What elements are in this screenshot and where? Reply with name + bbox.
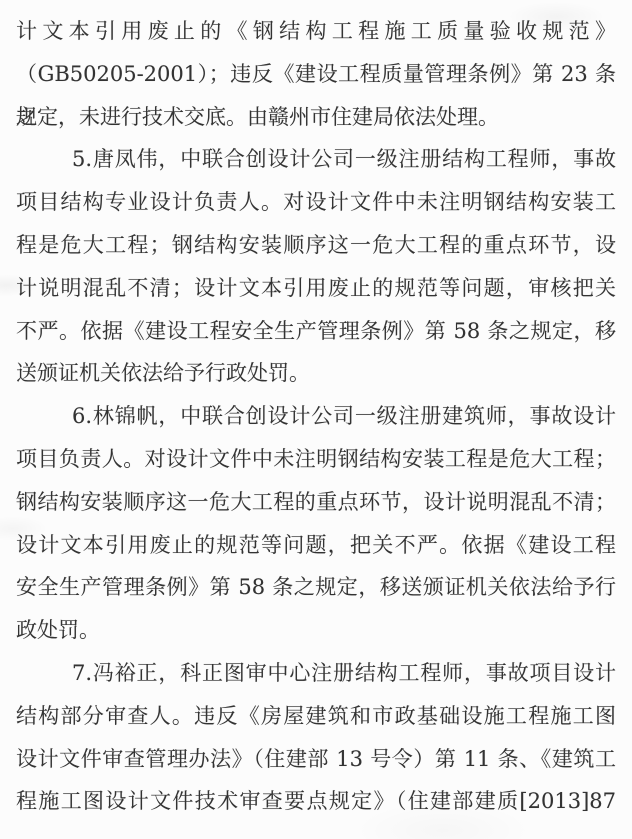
text-line: 计说明混乱不清；设计文本引用废止的规范等问题，审核把关 [16, 267, 616, 310]
text-line: 政处罚。 [16, 609, 616, 652]
text-line: 6.林锦帆，中联合创设计公司一级注册建筑师，事故设计 [16, 395, 616, 438]
text-line: 程是危大工程；钢结构安装顺序这一危大工程的重点环节，设 [16, 224, 616, 267]
text-line: （GB50205-2001）；违反《建设工程质量管理条例》第 23 条之 [16, 53, 616, 96]
text-line: 安全生产管理条例》第 58 条之规定，移送颁证机关依法给予行 [16, 566, 616, 609]
text-line: 不严。依据《建设工程安全生产管理条例》第 58 条之规定，移 [16, 310, 616, 353]
scanned-document-page: 计文本引用废止的《钢结构工程施工质量验收规范》（GB50205-2001）；违反… [0, 0, 632, 839]
text-line: 规定，未进行技术交底。由赣州市住建局依法处理。 [16, 96, 616, 139]
text-line: 7.冯裕正，科正图审中心注册结构工程师，事故项目设计 [16, 652, 616, 695]
text-line: 设计文件审查管理办法》（住建部 13 号令）第 11 条、《建筑工 [16, 738, 616, 781]
text-line: 程施工图设计文件技术审查要点规定》（住建部建质[2013]87 [16, 780, 616, 823]
text-line: 设计文本引用废止的规范等问题，把关不严。依据《建设工程 [16, 524, 616, 567]
text-line: 5.唐凤伟，中联合创设计公司一级注册结构工程师，事故 [16, 138, 616, 181]
document-text-block: 计文本引用废止的《钢结构工程施工质量验收规范》（GB50205-2001）；违反… [16, 10, 616, 823]
text-line: 项目负责人。对设计文件中未注明钢结构安装工程是危大工程； [16, 438, 616, 481]
text-line: 结构部分审查人。违反《房屋建筑和市政基础设施工程施工图 [16, 695, 616, 738]
text-line: 计文本引用废止的《钢结构工程施工质量验收规范》 [16, 10, 616, 53]
text-line: 钢结构安装顺序这一危大工程的重点环节，设计说明混乱不清； [16, 481, 616, 524]
text-line: 项目结构专业设计负责人。对设计文件中未注明钢结构安装工 [16, 181, 616, 224]
text-line: 送颁证机关依法给予行政处罚。 [16, 352, 616, 395]
